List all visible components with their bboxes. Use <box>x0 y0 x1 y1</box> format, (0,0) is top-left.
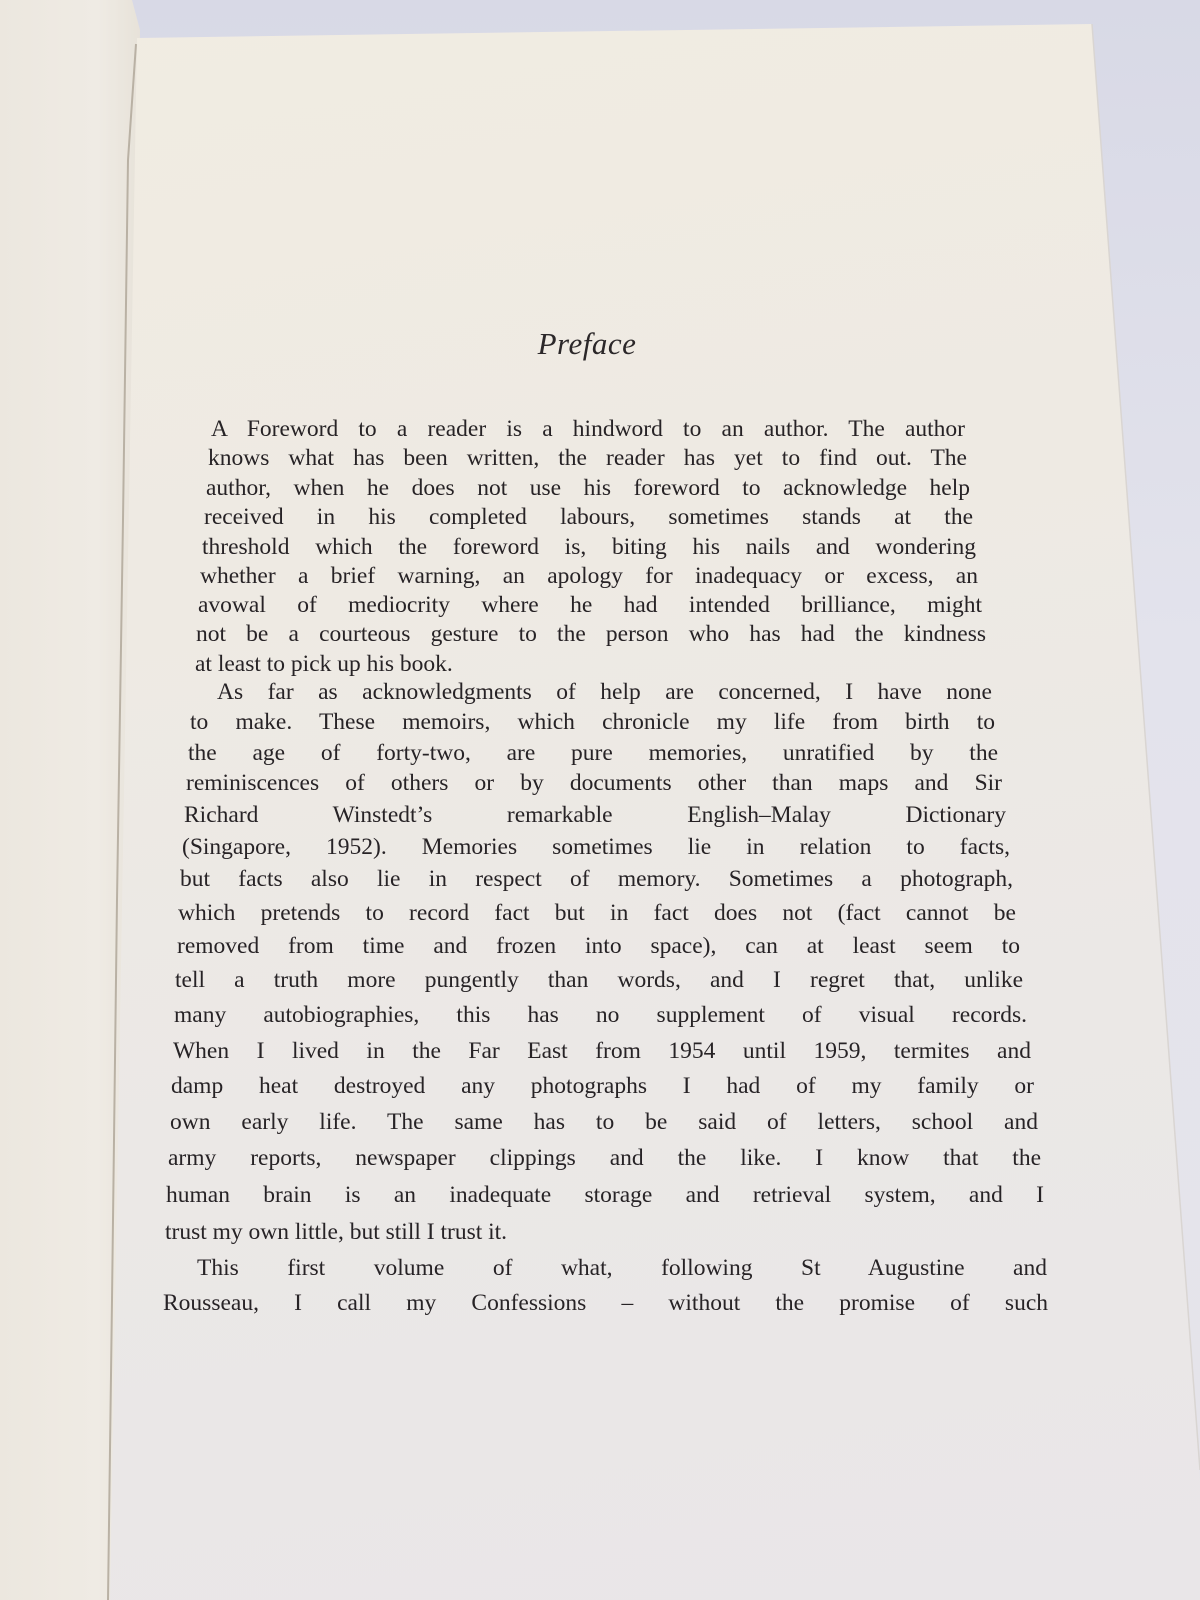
text-line: As far as acknowledgments of help are co… <box>217 681 992 705</box>
text-line: received in his completed labours, somet… <box>204 506 973 530</box>
page-content: Preface A Foreword to a reader is a hind… <box>0 0 1200 1600</box>
text-line: at least to pick up his book. <box>195 653 453 677</box>
text-line: tell a truth more pungently than words, … <box>175 969 1023 993</box>
text-line: removed from time and frozen into space)… <box>177 935 1020 959</box>
text-line: not be a courteous gesture to the person… <box>196 623 986 647</box>
text-line: whether a brief warning, an apology for … <box>200 565 978 589</box>
text-line: army reports, newspaper clippings and th… <box>168 1147 1041 1171</box>
text-line: own early life. The same has to be said … <box>170 1111 1038 1135</box>
text-line: human brain is an inadequate storage and… <box>166 1184 1044 1208</box>
text-line: trust my own little, but still I trust i… <box>165 1221 507 1245</box>
text-line: (Singapore, 1952). Memories sometimes li… <box>182 836 1010 860</box>
text-line: Richard Winstedt’s remarkable English–Ma… <box>184 804 1006 828</box>
text-line: which pretends to record fact but in fac… <box>178 902 1016 926</box>
text-line: When I lived in the Far East from 1954 u… <box>173 1040 1031 1064</box>
text-line: knows what has been written, the reader … <box>208 447 967 471</box>
text-line: reminiscences of others or by documents … <box>186 772 1002 796</box>
text-line: author, when he does not use his forewor… <box>206 477 970 501</box>
text-line: many autobiographies, this has no supple… <box>174 1004 1027 1028</box>
text-line: to make. These memoirs, which chronicle … <box>190 711 995 735</box>
text-line: damp heat destroyed any photographs I ha… <box>171 1075 1034 1099</box>
text-line: threshold which the foreword is, biting … <box>202 536 976 560</box>
text-line: but facts also lie in respect of memory.… <box>180 868 1013 892</box>
text-line: Rousseau, I call my Confessions – withou… <box>163 1292 1048 1316</box>
page-title: Preface <box>0 326 1187 362</box>
text-line: A Foreword to a reader is a hindword to … <box>211 418 965 442</box>
text-line: the age of forty-two, are pure memories,… <box>188 742 998 766</box>
text-line: avowal of mediocrity where he had intend… <box>198 594 982 618</box>
text-line: This first volume of what, following St … <box>197 1257 1047 1281</box>
